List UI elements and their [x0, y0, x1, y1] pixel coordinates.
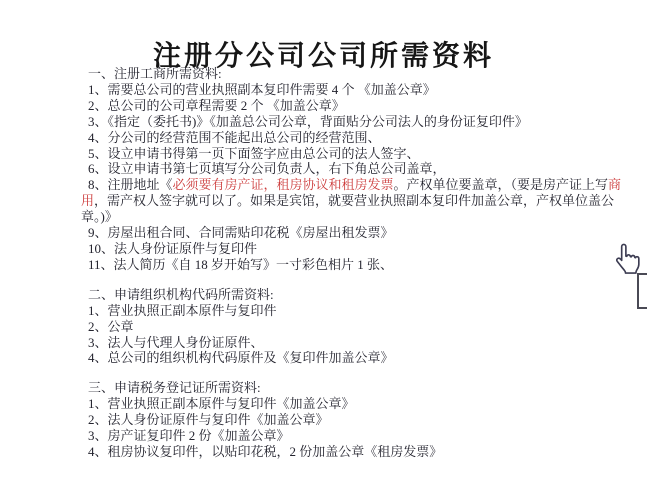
section1-heading: 一、注册工商所需资料: — [81, 66, 641, 82]
doc-line: 3、《指定（委托书)》《加盖总公司公章，背面贴分公司法人的身份证复印件》 — [81, 114, 641, 130]
doc-line: 1、需要总公司的营业执照副本复印件需要 4 个 《加盖公章》 — [81, 82, 641, 98]
item8-seg: 8、注册地址《 — [88, 177, 173, 192]
doc-line: 11、法人简历《自 18 岁开始写》一寸彩色相片 1 张、 — [81, 257, 641, 273]
doc-line: 4、分公司的经营范围不能起出总公司的经营范围、 — [81, 130, 641, 146]
doc-line: 10、法人身份证原件与复印件 — [81, 241, 641, 257]
doc-line: 4、总公司的组织机构代码原件及《复印件加盖公章》 — [81, 350, 641, 366]
item8-seg: ，需产权人签字就可以了。如果是宾馆，就要营业执照副本复印件加盖公章，产权单位盖公… — [81, 193, 614, 224]
doc-line: 5、设立申请书得第一页下面签字应由总公司的法人签字、 — [81, 146, 641, 162]
doc-line: 4、租房协议复印件，以贴印花税，2 份加盖公章《租房发票》 — [81, 444, 641, 460]
doc-line: 3、法人与代理人身份证原件、 — [81, 335, 641, 351]
section3-heading: 三、申请税务登记证所需资料: — [81, 380, 641, 396]
doc-line-item8: 8、注册地址《必须要有房产证，租房协议和租房发票。产权单位要盖章，（要是房产证上… — [81, 177, 641, 225]
document-page: 注册分公司公司所需资料 一、注册工商所需资料: 1、需要总公司的营业执照副本复印… — [0, 0, 647, 495]
doc-line: 3、房产证复印件 2 份《加盖公章》 — [81, 428, 641, 444]
doc-line: 2、总公司的公司章程需要 2 个 《加盖公章》 — [81, 98, 641, 114]
doc-body: 一、注册工商所需资料: 1、需要总公司的营业执照副本复印件需要 4 个 《加盖公… — [81, 66, 641, 460]
doc-line: 9、房屋出租合同、合同需贴印花税《房屋出租发票》 — [81, 225, 641, 241]
partial-frame-edge — [637, 273, 647, 309]
item8-seg: 。产权单位要盖章，（要是房产证上写 — [394, 177, 609, 192]
doc-line: 6、设立申请书第七页填写分公司负责人，右下角总公司盖章， — [81, 161, 641, 177]
section2-heading: 二、申请组织机构代码所需资料: — [81, 287, 641, 303]
doc-line: 1、营业执照正副本原件与复印件 — [81, 303, 641, 319]
item8-red-seg: 必须要有房产证，租房协议和租房发票 — [173, 177, 394, 192]
doc-line: 2、法人身份证原件与复印件《加盖公章》 — [81, 412, 641, 428]
doc-line: 1、营业执照正副本原件与复印件《加盖公章》 — [81, 396, 641, 412]
hand-pointer-cursor-icon — [612, 243, 640, 277]
doc-line: 2、公章 — [81, 319, 641, 335]
